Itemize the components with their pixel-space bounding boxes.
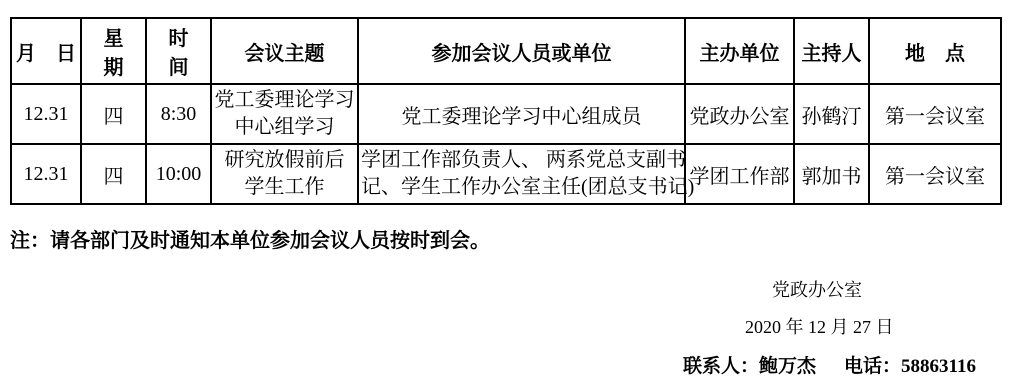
table-header-row: 月 日 星 期 时 间 会议主题 参加会议人员或单位 主办单位 主持人 地 点 — [11, 18, 1001, 84]
cell-host: 郭加书 — [794, 144, 869, 204]
header-weekday: 星 期 — [81, 18, 146, 84]
cell-topic: 研究放假前后 学生工作 — [211, 144, 358, 204]
document-page: 月 日 星 期 时 间 会议主题 参加会议人员或单位 主办单位 主持人 地 点 … — [0, 0, 1009, 392]
cell-location: 第一会议室 — [869, 84, 1001, 144]
contact-phone: 电话：58863116 — [844, 356, 976, 377]
contact-person: 联系人：鲍万杰 — [683, 356, 816, 377]
cell-weekday: 四 — [81, 84, 146, 144]
cell-organizer: 党政办公室 — [685, 84, 794, 144]
header-location: 地 点 — [869, 18, 1001, 84]
header-host: 主持人 — [794, 18, 869, 84]
cell-participants: 学团工作部负责人、 两系党总支副书 记、学生工作办公室主任(团总支书记) — [358, 144, 685, 204]
header-organizer: 主办单位 — [685, 18, 794, 84]
cell-organizer: 学团工作部 — [685, 144, 794, 204]
signature-date: 2020 年 12 月 27 日 — [745, 313, 894, 339]
signature-department: 党政办公室 — [772, 276, 862, 302]
cell-host: 孙鹤汀 — [794, 84, 869, 144]
cell-time: 10:00 — [146, 144, 211, 204]
contact-line: 联系人：鲍万杰电话：58863116 — [683, 351, 976, 378]
cell-month-day: 12.31 — [11, 84, 81, 144]
cell-weekday: 四 — [81, 144, 146, 204]
cell-time: 8:30 — [146, 84, 211, 144]
header-month-day: 月 日 — [11, 18, 81, 84]
header-topic: 会议主题 — [211, 18, 358, 84]
cell-month-day: 12.31 — [11, 144, 81, 204]
table-row: 12.31 四 8:30 党工委理论学习 中心组学习 党工委理论学习中心组成员 … — [11, 84, 1001, 144]
cell-participants: 党工委理论学习中心组成员 — [358, 84, 685, 144]
note-text: 注：请各部门及时通知本单位参加会议人员按时到会。 — [10, 224, 490, 253]
meeting-schedule-table: 月 日 星 期 时 间 会议主题 参加会议人员或单位 主办单位 主持人 地 点 … — [10, 17, 1002, 205]
table-row: 12.31 四 10:00 研究放假前后 学生工作 学团工作部负责人、 两系党总… — [11, 144, 1001, 204]
cell-topic: 党工委理论学习 中心组学习 — [211, 84, 358, 144]
header-participants: 参加会议人员或单位 — [358, 18, 685, 84]
header-time: 时 间 — [146, 18, 211, 84]
cell-location: 第一会议室 — [869, 144, 1001, 204]
